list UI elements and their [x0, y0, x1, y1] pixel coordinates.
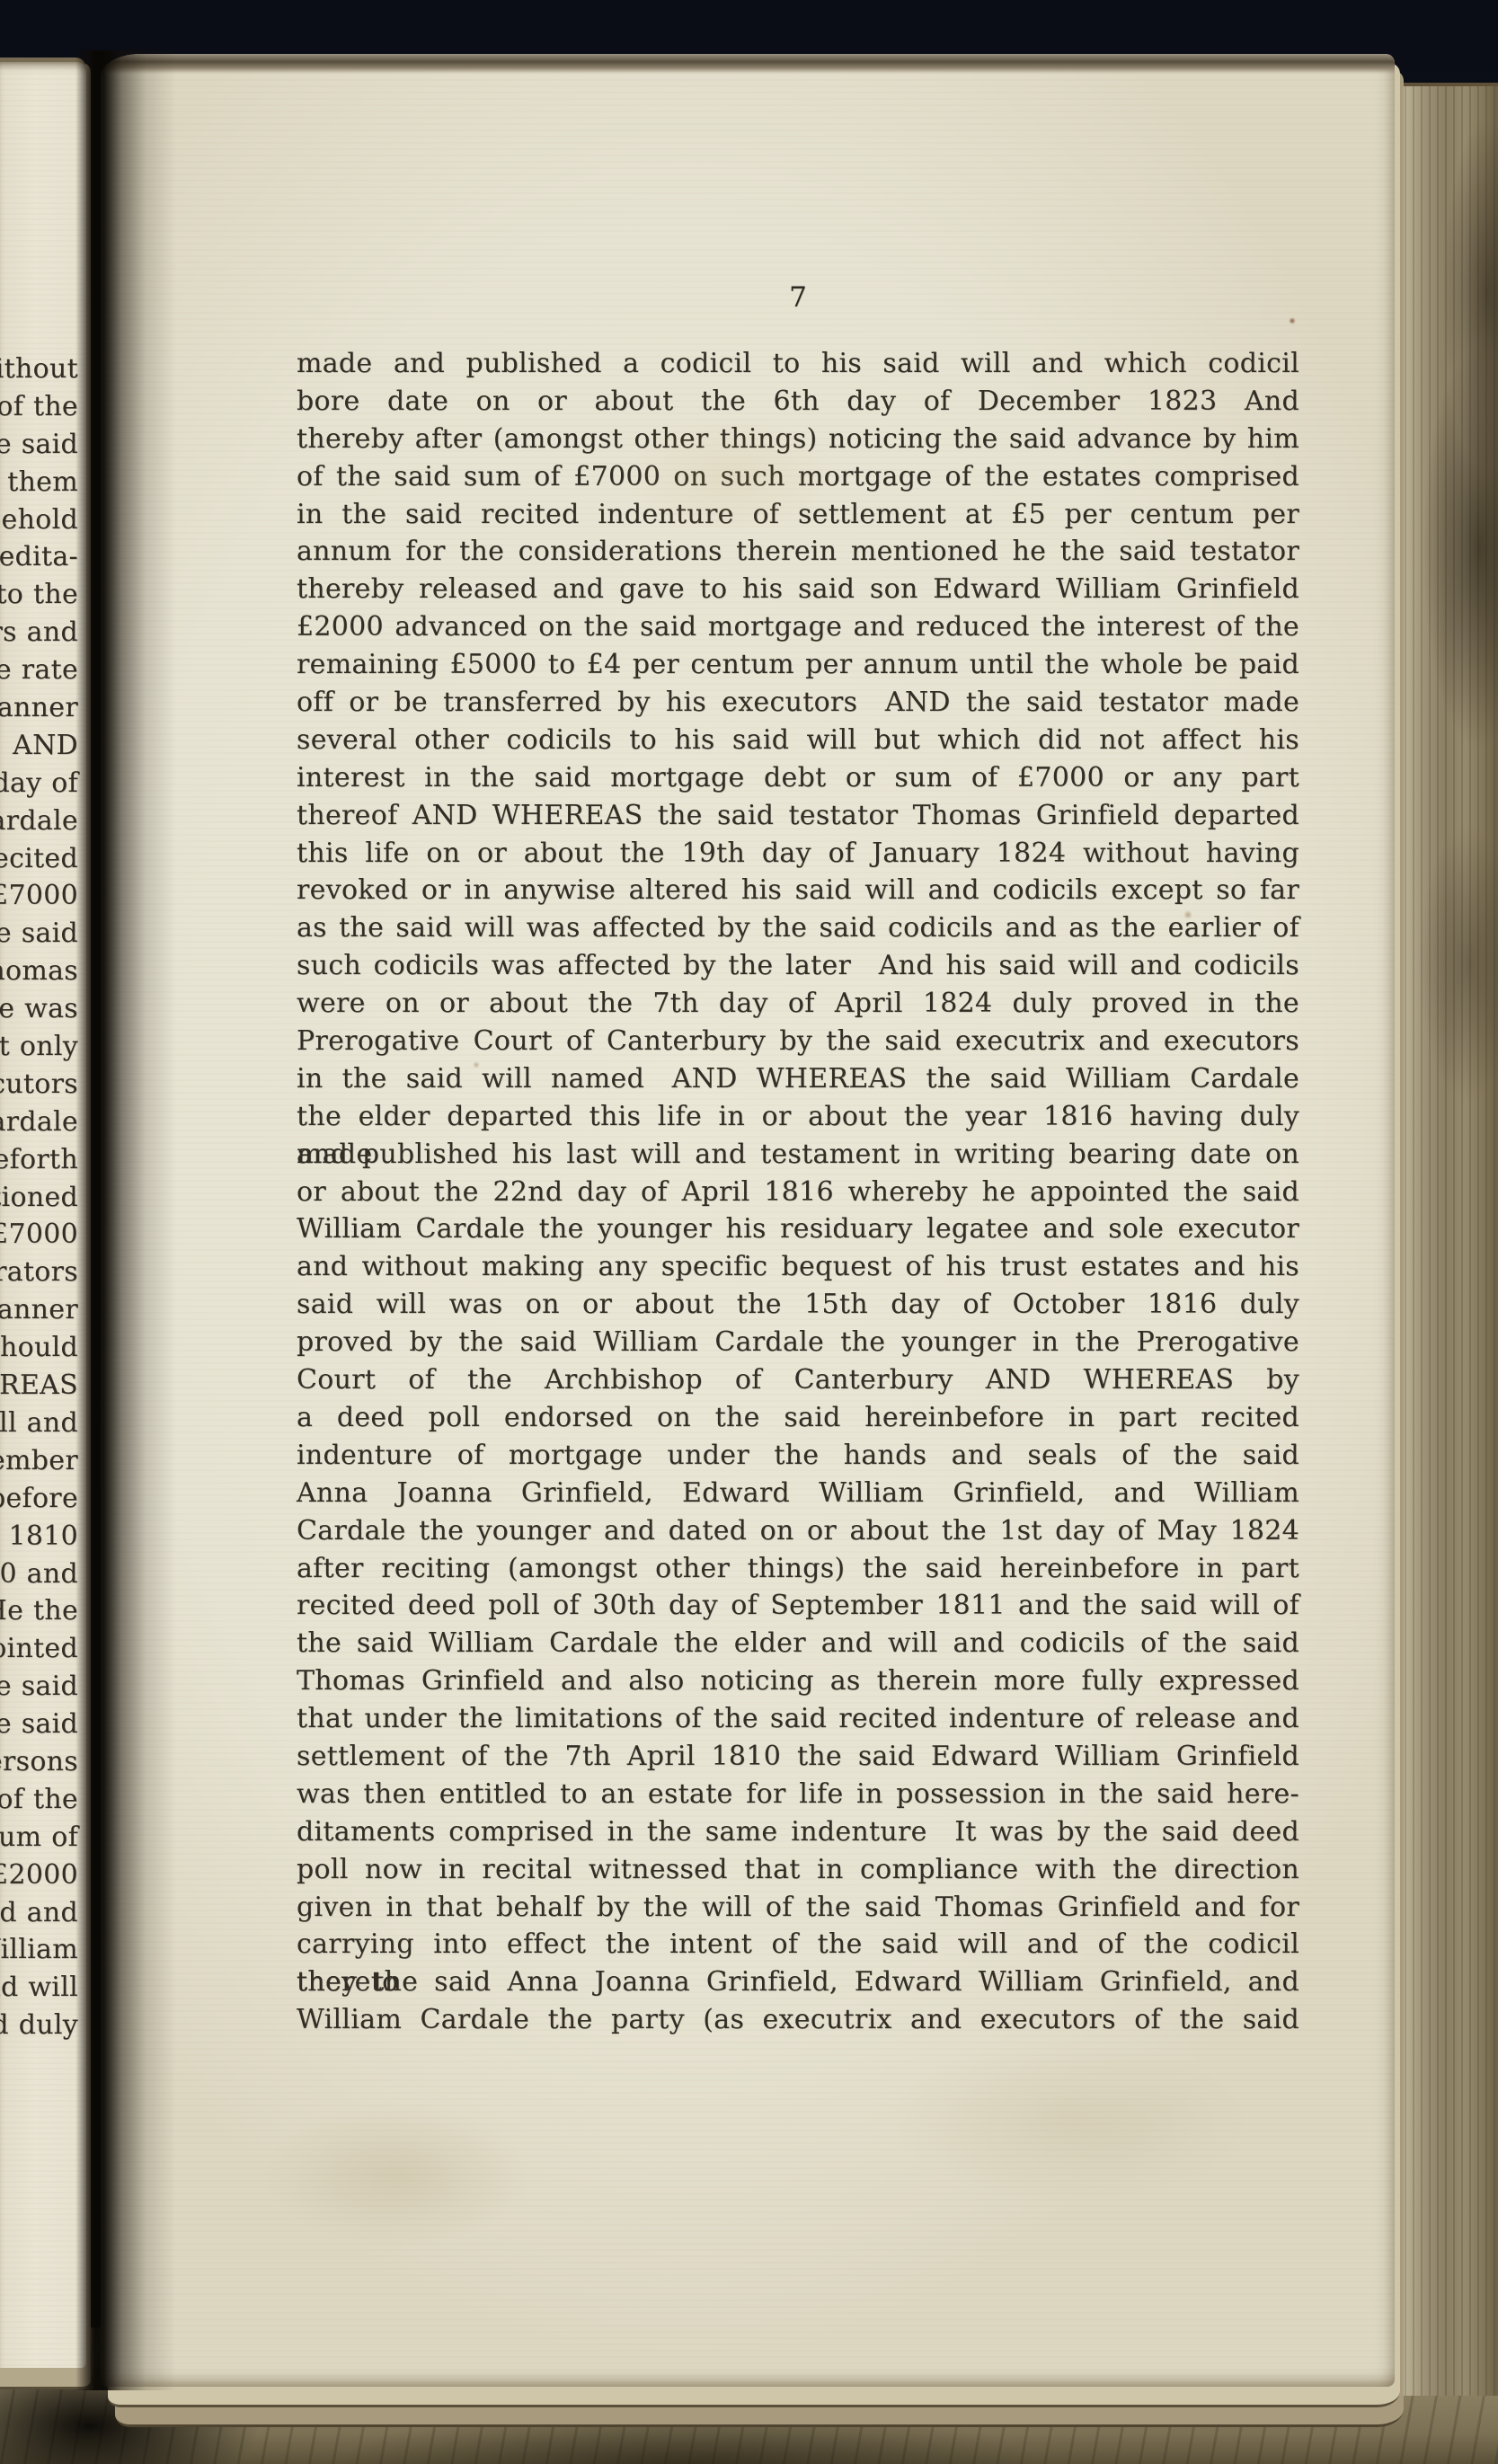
- facing-page-text-fragment: rdale was: [0, 990, 78, 1028]
- text-line: a deed poll endorsed on the said hereinb…: [297, 1399, 1299, 1437]
- facing-page-text-fragment: the said: [0, 915, 78, 953]
- facing-page-text-fragment: h day of: [0, 765, 78, 802]
- text-line: Cardale the younger and dated on or abou…: [297, 1512, 1299, 1550]
- text-line: several other codicils to his said will …: [297, 722, 1299, 759]
- text-line: said will was on or about the 15th day o…: [297, 1286, 1299, 1324]
- text-line: they the said Anna Joanna Grinfield, Edw…: [297, 1963, 1299, 2001]
- facing-page-text-fragment: manner: [0, 1291, 78, 1329]
- facing-page-text-fragment: xecutors: [0, 1066, 78, 1103]
- facing-page-text-fragment: the said: [0, 1668, 78, 1706]
- facing-page-text-fragment: the rate: [0, 651, 78, 689]
- facing-page-text-fragment: einbefore: [0, 1480, 78, 1518]
- text-line: was then entitled to an estate for life …: [297, 1776, 1299, 1813]
- facing-page-text-fragment: freehold: [0, 501, 78, 539]
- text-line: Anna Joanna Grinfield, Edward William Gr…: [297, 1475, 1299, 1512]
- text-line: £2000 advanced on the said mortgage and …: [297, 608, 1299, 646]
- facing-page-text-fragment: e £7000: [0, 1216, 78, 1254]
- text-line: Thomas Grinfield and also noticing as th…: [297, 1662, 1299, 1700]
- text-line: revoked or in anywise altered his said w…: [297, 872, 1299, 909]
- facing-page-text-fragment: unto the: [0, 576, 78, 614]
- text-line: thereof AND WHEREAS the said testator Th…: [297, 797, 1299, 835]
- text-line: made and published a codicil to his said…: [297, 345, 1299, 383]
- facing-page-text-fragment: AND: [0, 727, 78, 765]
- facing-page-text-fragment: Cardale: [0, 1103, 78, 1141]
- facing-page-text-fragment: of them: [0, 464, 78, 501]
- facing-page-text-fragment: Thomas: [0, 953, 78, 990]
- text-line: bore date on or about the 6th day of Dec…: [297, 383, 1299, 421]
- text-line: and published his last will and testamen…: [297, 1136, 1299, 1174]
- facing-page-text-fragment: enceforth: [0, 1141, 78, 1179]
- facing-page-text-fragment: entioned: [0, 1179, 78, 1217]
- facing-page-text-fragment: the said: [0, 1706, 78, 1743]
- book-page: 7 made and published a codicil to his sa…: [101, 54, 1395, 2387]
- book-scan-photo: withouter of thethe saidof themfreeholdh…: [0, 0, 1498, 2464]
- facing-page-text-fragment: Cardale: [0, 802, 78, 840]
- facing-page-text-fragment: 7000 and: [0, 1556, 78, 1593]
- text-line: Court of the Archbishop of Canterbury AN…: [297, 1361, 1299, 1399]
- facing-page-text-fragment: e of the: [0, 1781, 78, 1819]
- facing-page-text-fragment: aid will: [0, 1969, 78, 2007]
- text-line: poll now in recital witnessed that in co…: [297, 1851, 1299, 1889]
- text-line: indenture of mortgage under the hands an…: [297, 1437, 1299, 1475]
- text-line: after reciting (amongst other things) th…: [297, 1550, 1299, 1588]
- main-text: made and published a codicil to his said…: [297, 345, 1299, 2039]
- facing-page-text-fragment: d duly: [0, 2007, 78, 2044]
- text-line: interest in the said mortgage debt or su…: [297, 759, 1299, 797]
- facing-page-text-fragment: He the: [0, 1592, 78, 1630]
- facing-page-text-fragment: s should: [0, 1329, 78, 1367]
- text-line: proved by the said William Cardale the y…: [297, 1324, 1299, 1361]
- text-line: were on or about the 7th day of April 18…: [297, 985, 1299, 1023]
- text-line: as the said will was affected by the sai…: [297, 909, 1299, 947]
- facing-page-text-fragment: eptember: [0, 1442, 78, 1480]
- facing-page-text-fragment: ppointed: [0, 1630, 78, 1668]
- facing-page-text-fragment: EREAS: [0, 1367, 78, 1405]
- text-line: that under the limitations of the said r…: [297, 1700, 1299, 1738]
- facing-page-text-fragment: the said: [0, 426, 78, 464]
- text-line: in the said recited indenture of settlem…: [297, 496, 1299, 534]
- text-line: William Cardale the party (as executrix …: [297, 2001, 1299, 2039]
- facing-page-text-fragment: heredita-: [0, 538, 78, 576]
- text-line: recited deed poll of 30th day of Septemb…: [297, 1587, 1299, 1625]
- text-line: thereby after (amongst other things) not…: [297, 421, 1299, 458]
- page-top-edge: [101, 54, 1395, 74]
- facing-page-text-fragment: er of the: [0, 388, 78, 426]
- text-line: thereby released and gave to his said so…: [297, 571, 1299, 608]
- facing-page-text-fragment: persons: [0, 1743, 78, 1781]
- facing-page-text-fragment: will and: [0, 1405, 78, 1442]
- text-line: of the said sum of £7000 on such mortgag…: [297, 458, 1299, 496]
- facing-page-strip: withouter of thethe saidof themfreeholdh…: [0, 58, 86, 2368]
- facing-page-text-fragment: d sum of: [0, 1819, 78, 1857]
- text-line: the said William Cardale the elder and w…: [297, 1625, 1299, 1662]
- facing-page-text-column: withouter of thethe saidof themfreeholdh…: [0, 350, 78, 2044]
- right-pages-fore-edge: [1395, 83, 1498, 2396]
- text-line: William Cardale the younger his residuar…: [297, 1210, 1299, 1248]
- facing-page-text-fragment: d £2000: [0, 1857, 78, 1894]
- facing-page-text-fragment: tors and: [0, 614, 78, 651]
- facing-page-text-fragment: ust only: [0, 1028, 78, 1066]
- text-line: this life on or about the 19th day of Ja…: [297, 835, 1299, 873]
- text-line: or about the 22nd day of April 1816 wher…: [297, 1174, 1299, 1211]
- text-line: off or be transferred by his executors A…: [297, 684, 1299, 722]
- text-line: the elder departed this life in or about…: [297, 1098, 1299, 1136]
- page-number: 7: [297, 279, 1299, 316]
- text-line: given in that behalf by the will of the …: [297, 1889, 1299, 1927]
- text-line: ditaments comprised in the same indentur…: [297, 1813, 1299, 1851]
- facing-page-text-fragment: istrators: [0, 1254, 78, 1291]
- facing-page-text-fragment: William: [0, 1931, 78, 1969]
- facing-page-text-fragment: manner: [0, 689, 78, 727]
- text-line: such codicils was affected by the later …: [297, 947, 1299, 985]
- text-line: Prerogative Court of Canterbury by the s…: [297, 1023, 1299, 1060]
- facing-page-text-fragment: ield and: [0, 1894, 78, 1932]
- text-line: and without making any specific bequest …: [297, 1248, 1299, 1286]
- text-line: settlement of the 7th April 1810 the sai…: [297, 1738, 1299, 1776]
- facing-page-text-fragment: recited: [0, 840, 78, 878]
- facing-page-text-fragment: e £7000: [0, 877, 78, 915]
- text-line: carrying into effect the intent of the s…: [297, 1926, 1299, 1963]
- facing-page-text-fragment: without: [0, 350, 78, 388]
- facing-page-text-fragment: pril 1810: [0, 1518, 78, 1556]
- text-line: remaining £5000 to £4 per centum per ann…: [297, 646, 1299, 684]
- text-line: annum for the considerations therein men…: [297, 533, 1299, 571]
- text-line: in the said will named AND WHEREAS the s…: [297, 1060, 1299, 1098]
